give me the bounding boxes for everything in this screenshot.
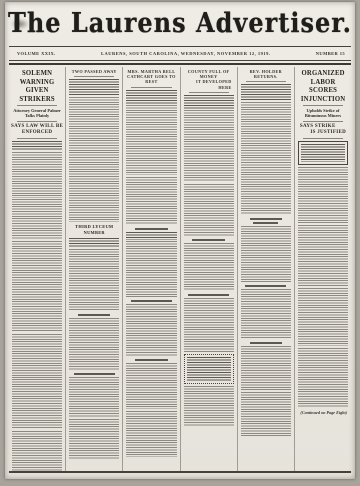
subhead-placeholder — [250, 342, 282, 344]
continued-notice: (Continued on Page Eight) — [297, 409, 349, 415]
boxed-text-block — [301, 144, 345, 162]
body-text-block — [126, 241, 176, 297]
subhead-strike-2: IS JUSTIFIED — [297, 130, 349, 136]
dateline-number: NUMBER 15 — [316, 51, 345, 56]
dateline-issue: LAURENS, SOUTH CAROLINA, WEDNESDAY, NOVE… — [101, 51, 270, 56]
body-text-block — [12, 379, 62, 429]
headline-organized-labor-1: ORGANIZED LABOR — [298, 69, 348, 86]
subhead-placeholder — [135, 228, 167, 230]
body-text-block — [241, 102, 291, 166]
masthead-title: The Laurens Advertiser. — [8, 6, 352, 40]
column-4: COUNTY FULL OF MONEY IT DEVELOPED HERE — [181, 67, 238, 471]
deck-text-block — [126, 232, 176, 240]
masthead: The Laurens Advertiser. — [5, 2, 355, 46]
kicker-rev-holder: REV. HOLDER RETURNS. — [240, 69, 292, 79]
subhead-placeholder — [74, 373, 115, 375]
body-text-block — [12, 152, 62, 198]
body-text-block — [184, 243, 234, 291]
subhead-placeholder — [192, 239, 224, 241]
subhead-law-enforced: SAYS LAW WILL BE ENFORCED — [11, 124, 63, 136]
body-text-block — [241, 392, 291, 436]
subhead-third-lyceum: THIRD LYCEUM NUMBER — [68, 224, 120, 236]
body-text-block — [12, 199, 62, 239]
deck-text-block — [184, 95, 234, 109]
body-text-block — [126, 177, 176, 225]
body-text-block — [126, 304, 176, 356]
body-text-block — [241, 226, 291, 282]
column-5: REV. HOLDER RETURNS. — [238, 67, 295, 471]
boxed-notice — [184, 354, 234, 384]
deck-text-block — [241, 84, 291, 100]
deck-bituminous: Upholds Strike of Bituminous Miners — [297, 108, 349, 119]
newspaper-page: The Laurens Advertiser. VOLUME XXIX. LAU… — [5, 2, 355, 479]
kicker-county-1: COUNTY FULL OF MONEY — [183, 69, 235, 79]
body-text-block — [69, 164, 119, 222]
deck-text-block — [69, 79, 119, 95]
body-text-block — [298, 348, 348, 408]
subhead-placeholder — [245, 285, 286, 287]
boxed-paragraph — [298, 141, 348, 165]
deck-text-block — [69, 238, 119, 248]
body-text-block — [69, 377, 119, 417]
headline-solemn-warning-1: SOLEMN WARNING — [12, 69, 62, 86]
column-2: TWO PASSED AWAY THIRD LYCEUM NUMBER — [66, 67, 123, 471]
subhead-placeholder — [253, 222, 278, 224]
rule-heavy — [9, 63, 351, 65]
body-text-block — [126, 105, 176, 175]
subhead-placeholder — [131, 300, 172, 302]
column-6: ORGANIZED LABOR SCORES INJUNCTION Uphold… — [295, 67, 351, 471]
kicker-county-2: IT DEVELOPED HERE — [183, 79, 235, 89]
body-text-block — [69, 97, 119, 163]
kicker-two-passed-away: TWO PASSED AWAY — [68, 69, 120, 74]
body-text-block — [298, 167, 348, 223]
body-text-block — [12, 241, 62, 293]
subhead-placeholder — [135, 359, 167, 361]
body-text-block — [12, 431, 62, 471]
body-text-block — [12, 294, 62, 332]
body-text-block — [126, 411, 176, 457]
kicker-cathcart-2: CATHCART GOES TO REST — [125, 74, 177, 84]
body-text-block — [12, 141, 62, 150]
body-text-block — [12, 334, 62, 378]
body-text-block — [241, 346, 291, 390]
body-text-block — [241, 167, 291, 215]
body-text-block — [298, 225, 348, 287]
deck-palmer: Attorney General Palmer Talks Plainly — [11, 108, 63, 119]
body-text-block — [184, 298, 234, 352]
body-text-block — [184, 184, 234, 236]
body-text-block — [126, 363, 176, 409]
body-text-block — [184, 110, 234, 182]
subhead-placeholder — [78, 314, 110, 316]
body-text-block — [241, 289, 291, 339]
dateline: VOLUME XXIX. LAURENS, SOUTH CAROLINA, WE… — [5, 47, 355, 60]
headline-solemn-warning-2: GIVEN STRIKERS — [12, 86, 62, 103]
dateline-volume: VOLUME XXIX. — [17, 51, 56, 56]
body-text-block — [184, 386, 234, 426]
deck-text-block — [126, 90, 176, 104]
body-text-block — [298, 288, 348, 346]
notice-text-block — [187, 357, 231, 381]
body-text-block — [69, 318, 119, 370]
subhead-placeholder — [250, 218, 282, 220]
column-3: MRS. MARTHA BELL CATHCART GOES TO REST — [123, 67, 180, 471]
column-1: SOLEMN WARNING GIVEN STRIKERS Attorney G… — [9, 67, 66, 471]
body-text-block — [69, 419, 119, 459]
body-text-block — [69, 249, 119, 311]
headline-organized-labor-2: SCORES INJUNCTION — [298, 86, 348, 103]
subhead-placeholder — [188, 294, 229, 296]
column-grid: SOLEMN WARNING GIVEN STRIKERS Attorney G… — [9, 67, 351, 473]
